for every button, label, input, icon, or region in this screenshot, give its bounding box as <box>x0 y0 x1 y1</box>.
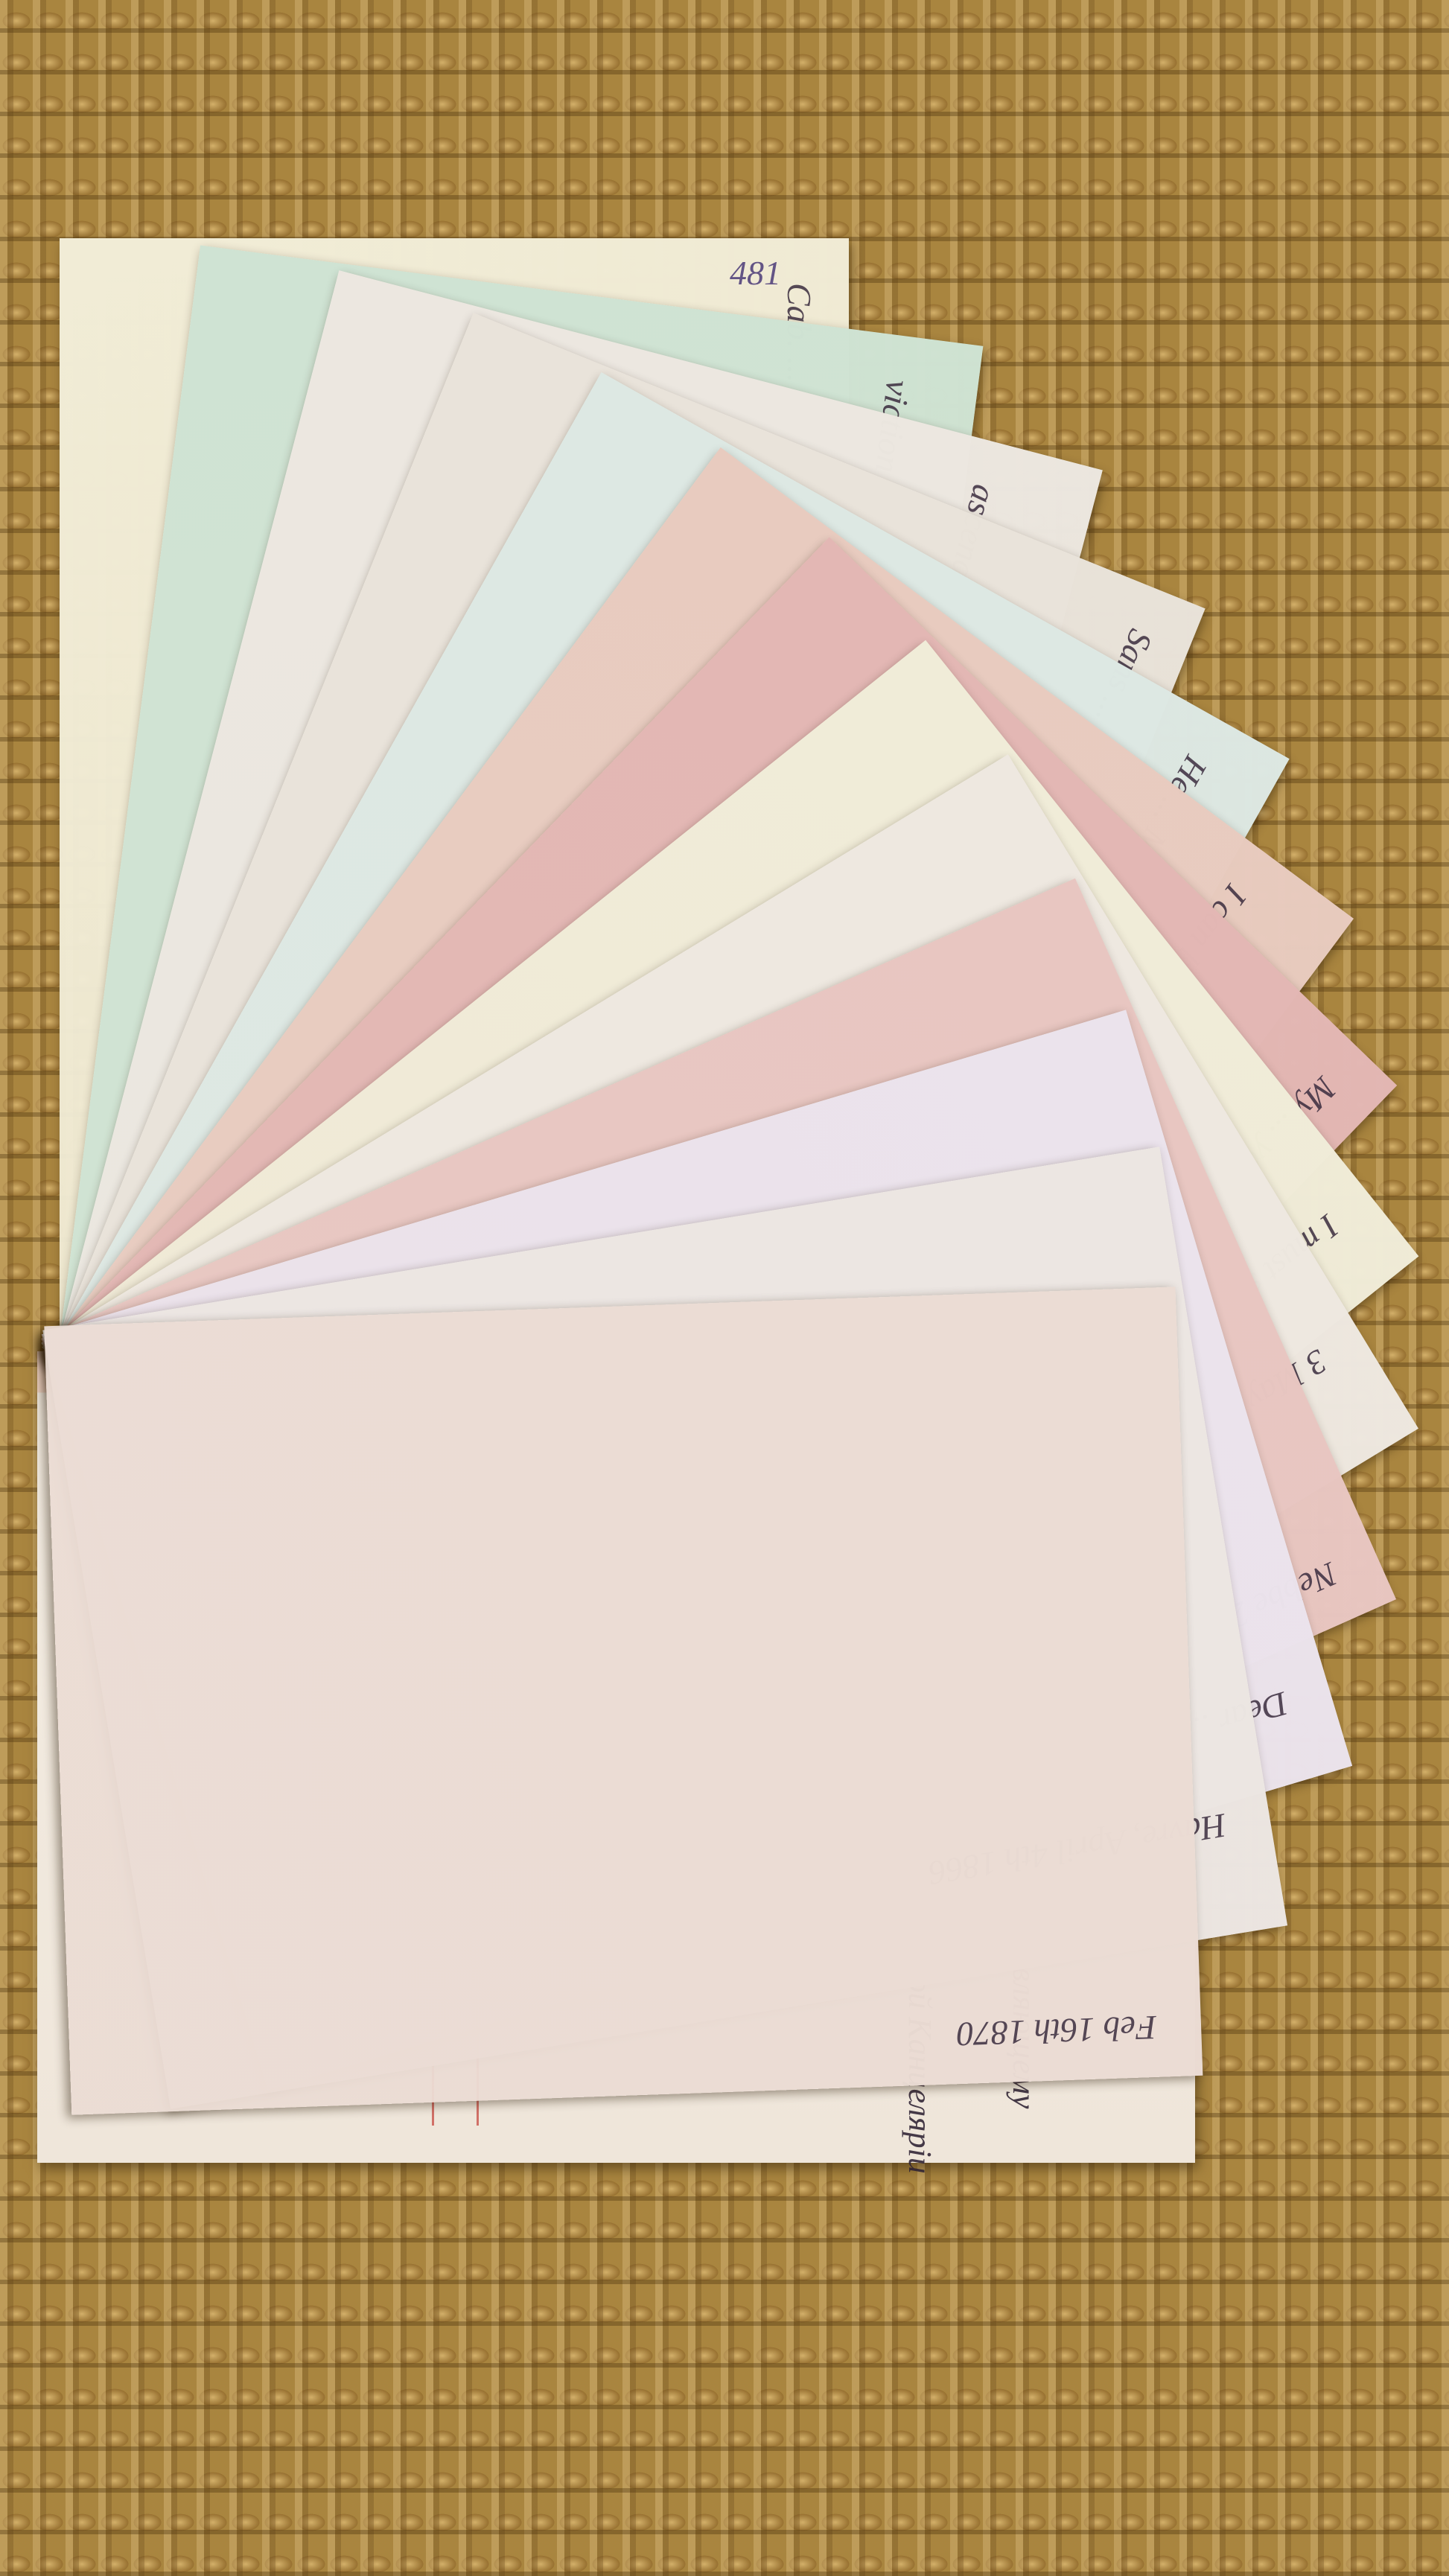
letter-fan: Cab. ... Edw ... the Dar481viction ... t… <box>0 0 1449 2576</box>
letter-sheet: Feb 16th 1870 <box>44 1287 1203 2114</box>
page-mark: 481 <box>730 253 781 293</box>
handwritten-text: Feb 16th 1870 <box>956 2008 1157 2054</box>
